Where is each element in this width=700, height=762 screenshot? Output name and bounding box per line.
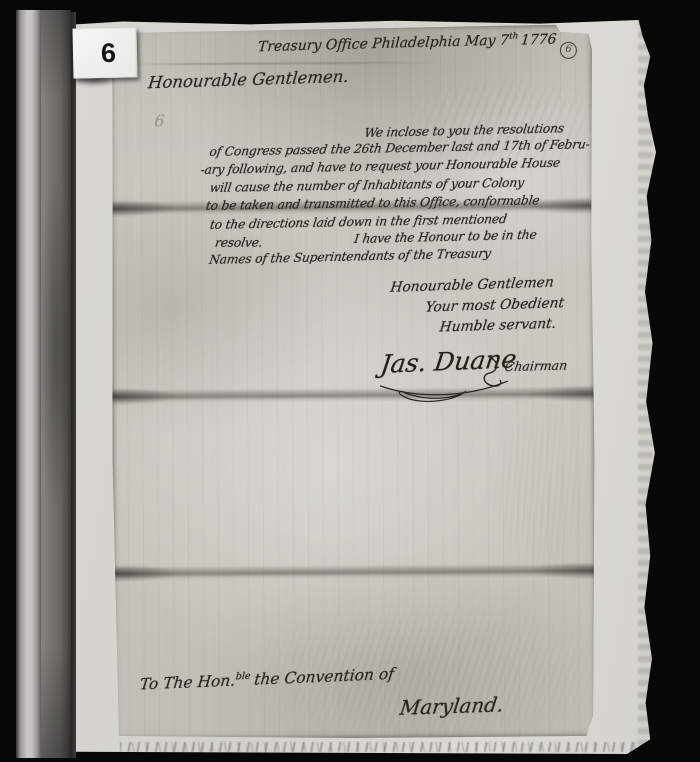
film-frame-number: 6 <box>101 37 118 68</box>
address-line-2: Maryland. <box>398 692 505 719</box>
body-line-7: resolve. <box>214 236 263 250</box>
pencil-annotation: 6 <box>154 111 166 130</box>
ink-showthrough-middle <box>490 403 591 574</box>
dateline-year: 1776 <box>520 31 557 48</box>
film-edge-strip-inner <box>41 10 71 758</box>
dateline-superscript: th <box>509 32 519 42</box>
next-page-writing-edge <box>120 742 640 752</box>
fold-crease-2 <box>112 387 594 404</box>
address-superscript: ble <box>235 671 251 683</box>
letter-sheet: Treasury Office Philadelphia May 7th1776… <box>110 25 596 740</box>
film-divider-line <box>71 12 76 758</box>
torn-paper-edge <box>638 20 653 754</box>
microfilm-scan: Treasury Office Philadelphia May 7th1776… <box>0 0 700 762</box>
film-edge-strip-outer <box>16 10 41 758</box>
signature-flourish-icon <box>378 377 512 404</box>
signature-title: Chairman <box>504 358 568 375</box>
film-frame-card: 6 <box>72 27 137 78</box>
